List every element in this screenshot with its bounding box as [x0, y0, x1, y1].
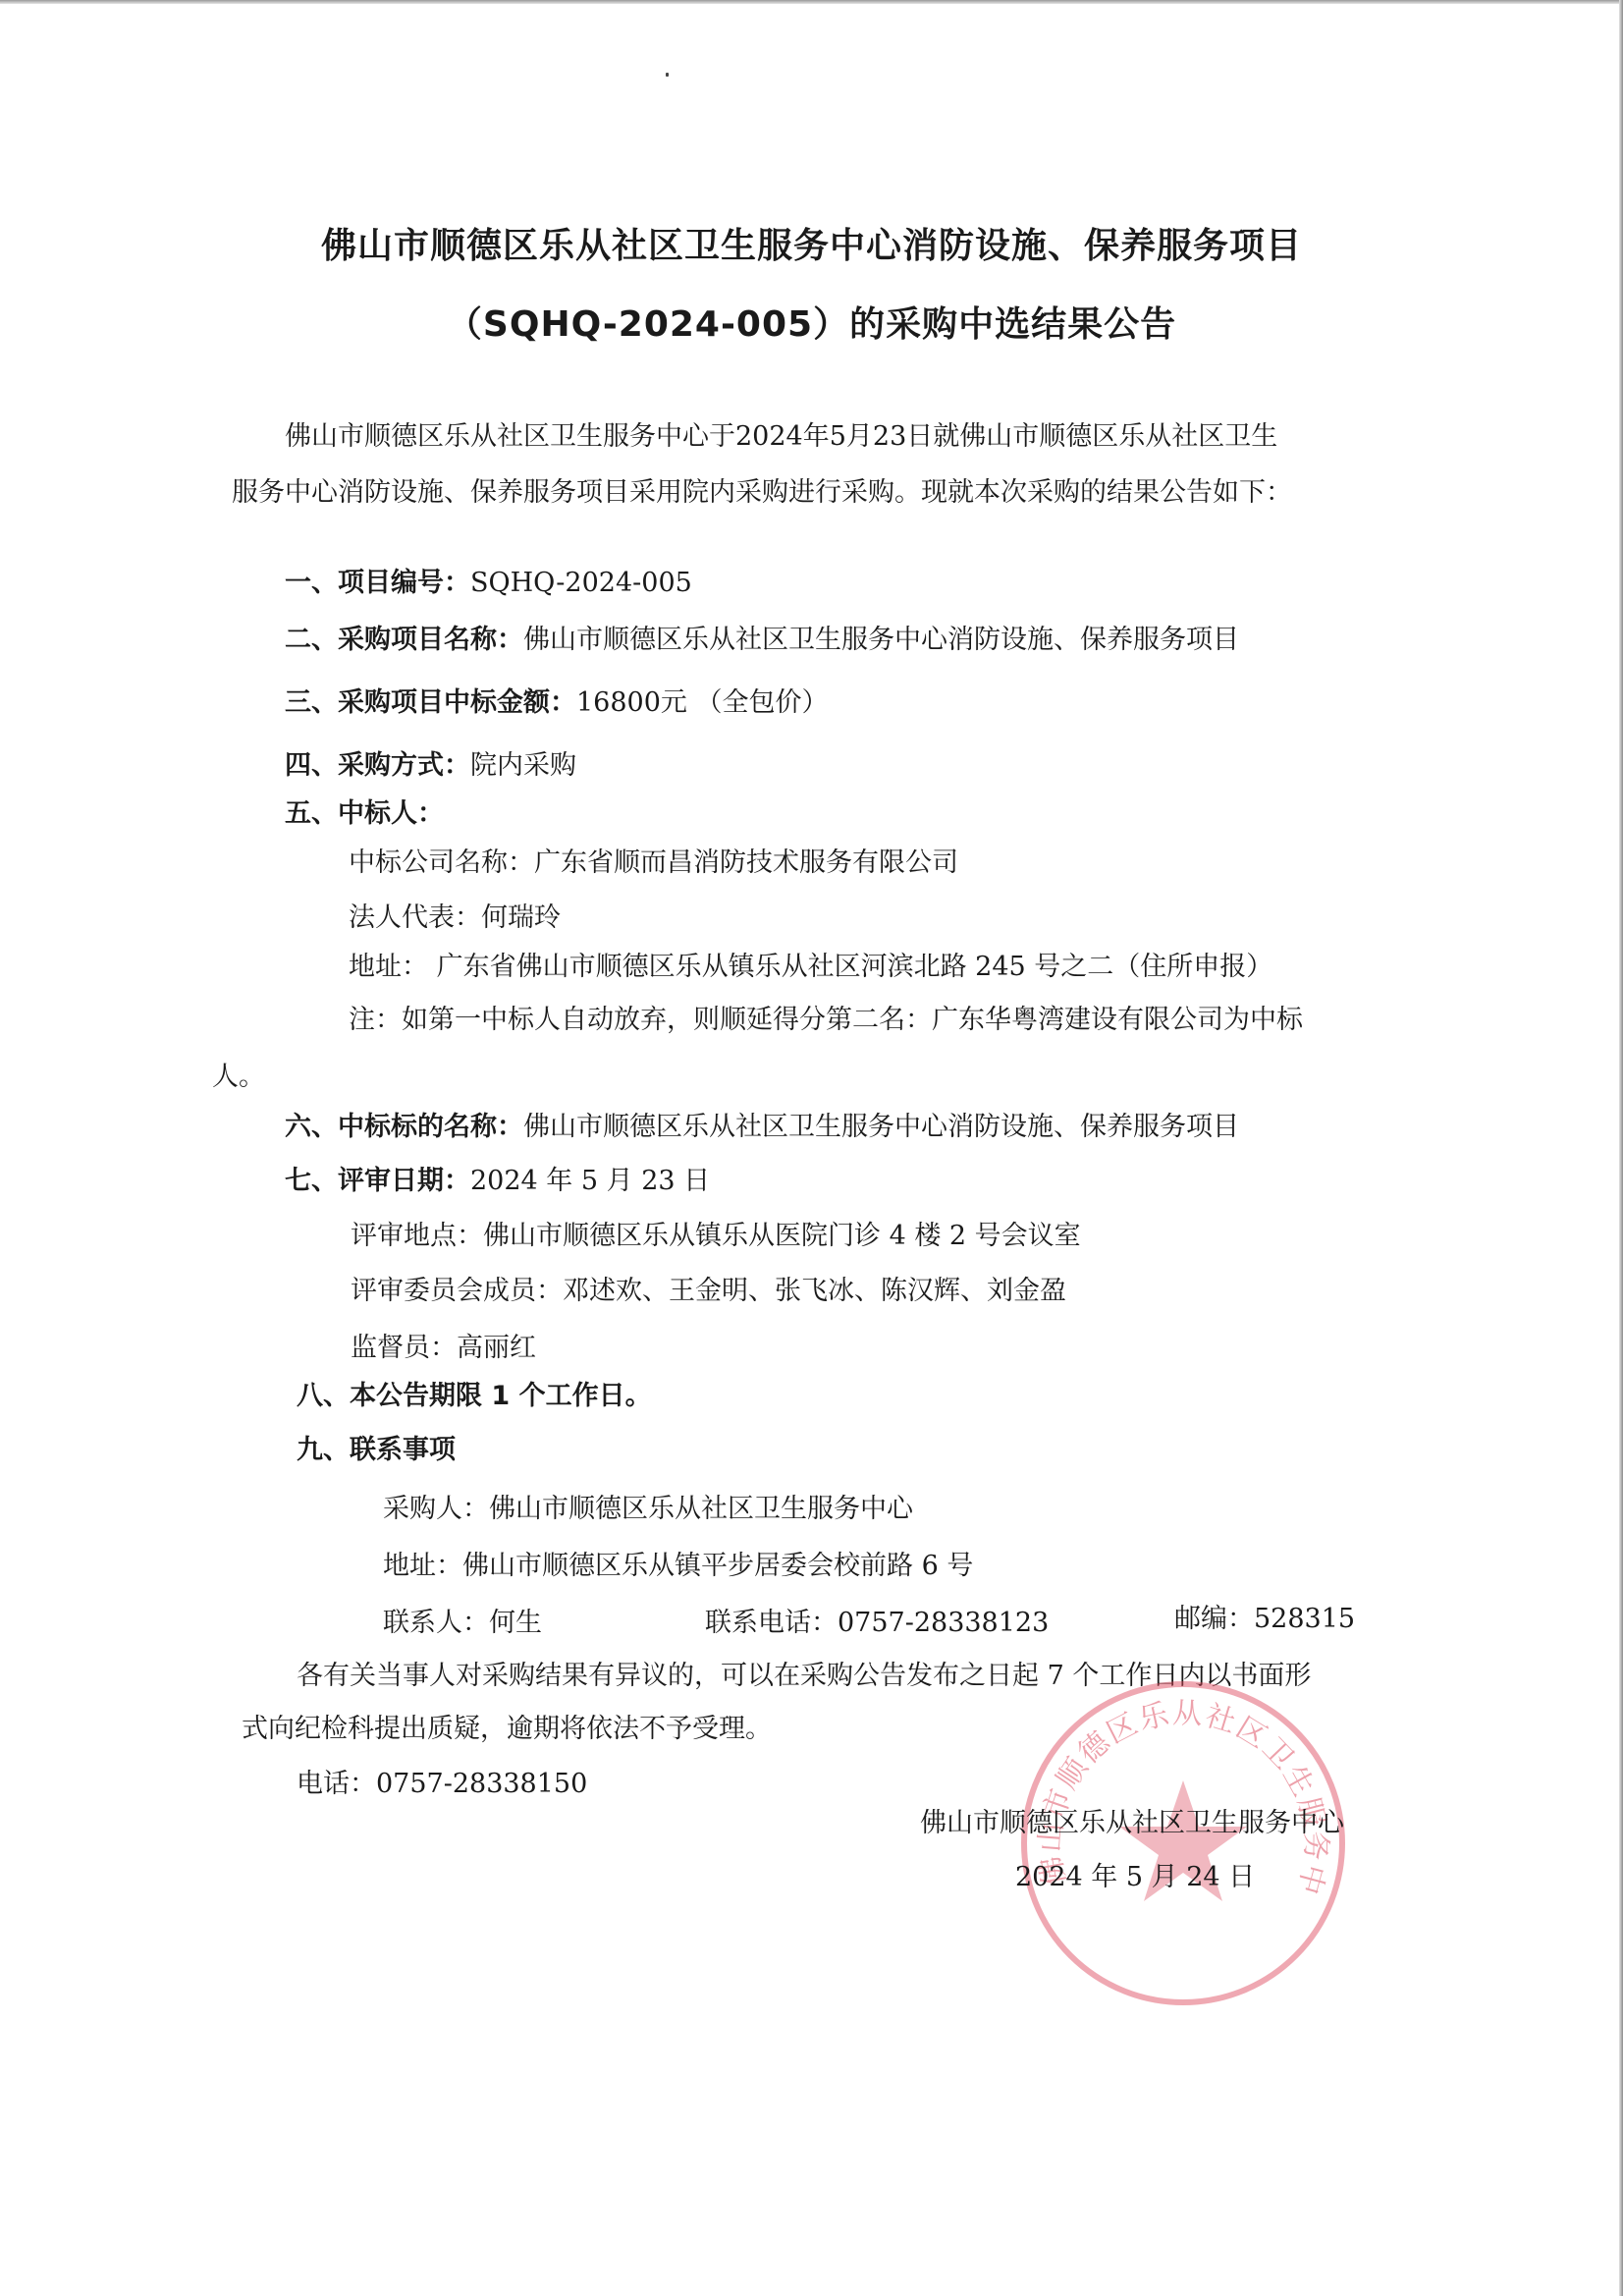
- item-3: 三、采购项目中标金额：16800元 （全包价）: [285, 686, 828, 720]
- intro-line-1: 佛山市顺德区乐从社区卫生服务中心于2024年5月23日就佛山市顺德区乐从社区卫生: [285, 420, 1277, 454]
- item-3-label: 三、采购项目中标金额：: [285, 687, 576, 718]
- contact-phone: 联系电话：0757-28338123: [705, 1607, 1049, 1640]
- contact-purchaser: 采购人：佛山市顺德区乐从社区卫生服务中心: [383, 1493, 913, 1526]
- scan-speck: [666, 73, 669, 77]
- contact-person: 联系人：何生: [383, 1607, 542, 1640]
- winner-company: 中标公司名称：广东省顺而昌消防技术服务有限公司: [349, 847, 958, 880]
- item-2-label: 二、采购项目名称：: [285, 625, 523, 655]
- contact-address: 地址：佛山市顺德区乐从镇平步居委会校前路 6 号: [383, 1550, 973, 1583]
- title-line-2: （SQHQ-2024-005）的采购中选结果公告: [0, 297, 1623, 347]
- signature-date: 2024 年 5 月 24 日: [1015, 1861, 1255, 1894]
- seal-star-icon: 佛山市顺德区乐从社区卫生服务中心: [1027, 1687, 1339, 1999]
- winner-note-line-1: 注：如第一中标人自动放弃，则顺延得分第二名：广东华粤湾建设有限公司为中标: [349, 1004, 1303, 1037]
- contact-postcode: 邮编：528315: [1174, 1603, 1355, 1636]
- item-6: 六、中标标的名称：佛山市顺德区乐从社区卫生服务中心消防设施、保养服务项目: [285, 1111, 1239, 1144]
- item-7: 七、评审日期：2024 年 5 月 23 日: [285, 1165, 710, 1198]
- review-committee: 评审委员会成员：邓述欢、王金明、张飞冰、陈汉辉、刘金盈: [351, 1275, 1066, 1308]
- item-2-value: 佛山市顺德区乐从社区卫生服务中心消防设施、保养服务项目: [523, 625, 1239, 655]
- title-line-1: 佛山市顺德区乐从社区卫生服务中心消防设施、保养服务项目: [0, 218, 1623, 268]
- item-6-value: 佛山市顺德区乐从社区卫生服务中心消防设施、保养服务项目: [523, 1112, 1239, 1142]
- item-9-label: 九、联系事项: [297, 1434, 456, 1467]
- item-4-value: 院内采购: [470, 750, 576, 781]
- item-7-label: 七、评审日期：: [285, 1166, 470, 1196]
- official-seal-stamp: 佛山市顺德区乐从社区卫生服务中心: [1021, 1681, 1345, 2005]
- item-4: 四、采购方式：院内采购: [285, 749, 576, 783]
- winner-legal-rep: 法人代表：何瑞玲: [349, 902, 561, 935]
- review-supervisor: 监督员：高丽红: [351, 1332, 536, 1365]
- scan-edge-top: [0, 0, 1623, 4]
- item-4-label: 四、采购方式：: [285, 750, 470, 781]
- item-6-label: 六、中标标的名称：: [285, 1112, 523, 1142]
- winner-note-line-2: 人。: [212, 1061, 265, 1094]
- item-1-label: 一、项目编号：: [285, 568, 470, 598]
- item-7-value: 2024 年 5 月 23 日: [470, 1166, 710, 1196]
- item-2: 二、采购项目名称：佛山市顺德区乐从社区卫生服务中心消防设施、保养服务项目: [285, 624, 1239, 657]
- item-5-label: 五、中标人：: [285, 797, 444, 831]
- winner-address: 地址： 广东省佛山市顺德区乐从镇乐从社区河滨北路 245 号之二（住所申报）: [349, 951, 1272, 984]
- intro-line-2: 服务中心消防设施、保养服务项目采用院内采购进行采购。现就本次采购的结果公告如下：: [232, 476, 1292, 510]
- item-3-value: 16800元 （全包价）: [576, 687, 828, 718]
- signature-org: 佛山市顺德区乐从社区卫生服务中心: [920, 1807, 1344, 1840]
- complaint-phone: 电话：0757-28338150: [297, 1768, 587, 1801]
- item-1-value: SQHQ-2024-005: [470, 568, 692, 598]
- objection-line-2: 式向纪检科提出质疑，逾期将依法不予受理。: [242, 1713, 772, 1746]
- item-1: 一、项目编号：SQHQ-2024-005: [285, 567, 692, 600]
- review-location: 评审地点：佛山市顺德区乐从镇乐从医院门诊 4 楼 2 号会议室: [351, 1220, 1081, 1253]
- item-8: 八、本公告期限 1 个工作日。: [297, 1380, 652, 1413]
